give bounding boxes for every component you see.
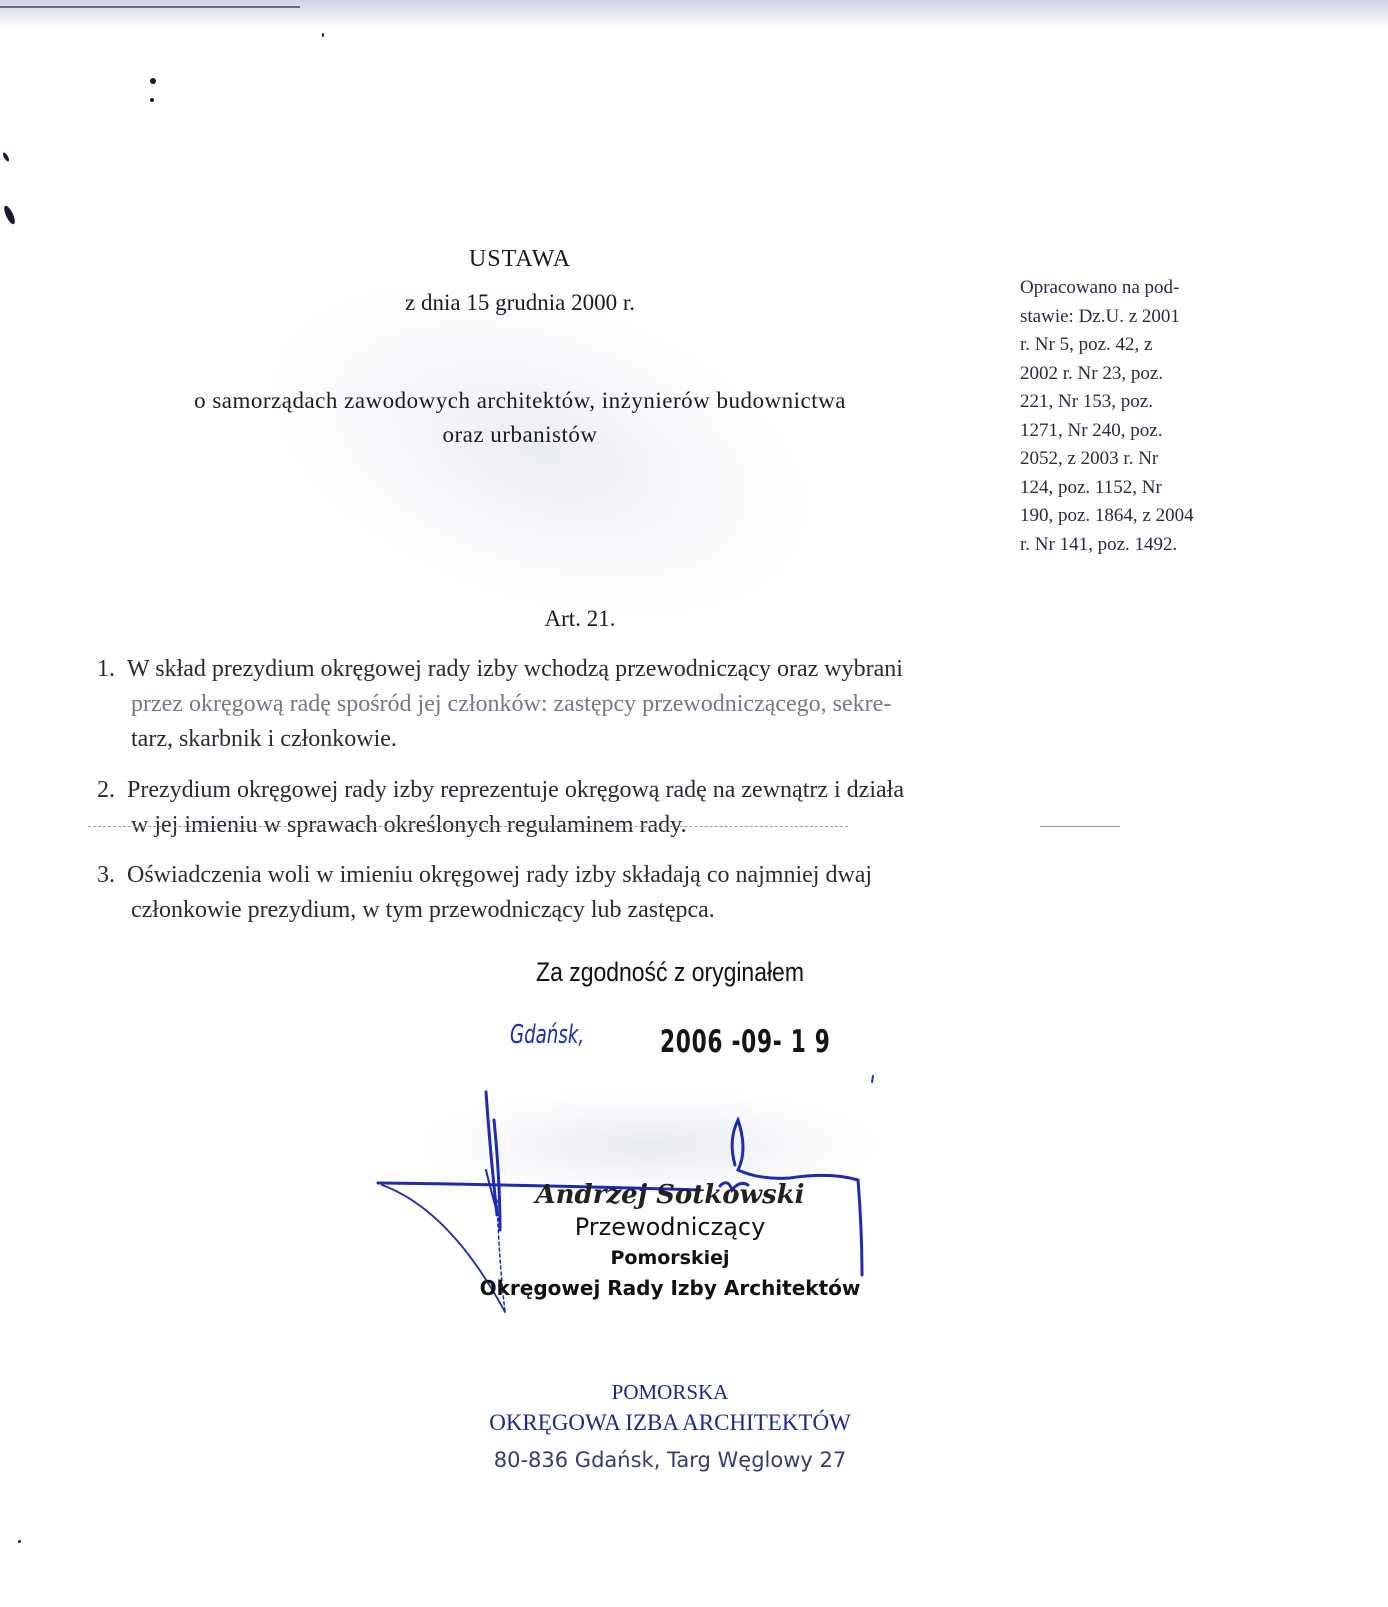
scan-speck bbox=[2, 204, 17, 225]
paragraph-line: Oświadczenia woli w imieniu okręgowej ra… bbox=[127, 862, 872, 888]
organization-name: POMORSKA bbox=[440, 1380, 900, 1405]
scan-speck bbox=[18, 1540, 21, 1543]
scan-line-artifact bbox=[1040, 826, 1120, 827]
paragraph-line: członkowie prezydium, w tym przewodniczą… bbox=[97, 893, 1112, 928]
note-line: stawie: Dz.U. z 2001 bbox=[1020, 303, 1250, 332]
conformity-stamp: Za zgodność z oryginałem bbox=[475, 957, 866, 988]
signatory-role: Przewodniczący bbox=[470, 1213, 870, 1241]
signatory-role-line: Pomorskiej bbox=[470, 1247, 870, 1269]
note-line: r. Nr 5, poz. 42, z bbox=[1020, 331, 1250, 360]
note-line: 190, poz. 1864, z 2004 bbox=[1020, 502, 1250, 531]
scan-line-artifact bbox=[88, 826, 848, 827]
date-stamp: 2006 -09- 1 9 bbox=[660, 1024, 831, 1060]
legal-basis-note: Opracowano na pod- stawie: Dz.U. z 2001 … bbox=[1020, 274, 1250, 559]
scan-speck bbox=[2, 152, 10, 163]
paragraph-line: W skład prezydium okręgowej rady izby wc… bbox=[127, 656, 903, 682]
signatory-role-line: Okręgowej Rady Izby Architektów bbox=[470, 1276, 870, 1300]
scan-speck bbox=[150, 78, 156, 84]
note-line: 2052, z 2003 r. Nr bbox=[1020, 445, 1250, 474]
scan-speck bbox=[322, 33, 324, 37]
paragraph-1: 1.W skład prezydium okręgowej rady izby … bbox=[97, 652, 1112, 757]
scan-speck bbox=[150, 98, 154, 102]
paragraph-2: 2.Prezydium okręgowej rady izby reprezen… bbox=[97, 773, 1112, 843]
scan-edge-line bbox=[0, 6, 300, 8]
handwritten-place: Gdańsk, bbox=[510, 1020, 584, 1050]
document-subject: o samorządach zawodowych architektów, in… bbox=[100, 384, 940, 452]
note-line: Opracowano na pod- bbox=[1020, 274, 1250, 303]
note-line: r. Nr 141, poz. 1492. bbox=[1020, 531, 1250, 560]
paragraph-line: Prezydium okręgowej rady izby reprezentu… bbox=[127, 777, 904, 803]
subject-line: o samorządach zawodowych architektów, in… bbox=[100, 384, 940, 418]
paragraph-number: 2. bbox=[97, 773, 127, 808]
paragraph-number: 1. bbox=[97, 652, 127, 687]
article-number: Art. 21. bbox=[0, 606, 1160, 632]
organization-address: 80-836 Gdańsk, Targ Węglowy 27 bbox=[440, 1448, 900, 1472]
note-line: 2002 r. Nr 23, poz. bbox=[1020, 360, 1250, 389]
note-line: 1271, Nr 240, poz. bbox=[1020, 417, 1250, 446]
paragraph-number: 3. bbox=[97, 858, 127, 893]
note-line: 221, Nr 153, poz. bbox=[1020, 388, 1250, 417]
document-date: z dnia 15 grudnia 2000 r. bbox=[0, 290, 1040, 316]
document-heading: USTAWA bbox=[0, 246, 1040, 273]
paragraph-line: przez okręgową radę spośród jej członków… bbox=[97, 687, 1112, 722]
paragraph-line: tarz, skarbnik i członkowie. bbox=[97, 722, 1112, 757]
signatory-name: Andrzej Sotkowski bbox=[500, 1180, 840, 1210]
organization-name: OKRĘGOWA IZBA ARCHITEKTÓW bbox=[440, 1410, 900, 1436]
paragraph-3: 3.Oświadczenia woli w imieniu okręgowej … bbox=[97, 858, 1112, 928]
subject-line: oraz urbanistów bbox=[100, 418, 940, 452]
scan-top-edge bbox=[0, 0, 1388, 28]
note-line: 124, poz. 1152, Nr bbox=[1020, 474, 1250, 503]
